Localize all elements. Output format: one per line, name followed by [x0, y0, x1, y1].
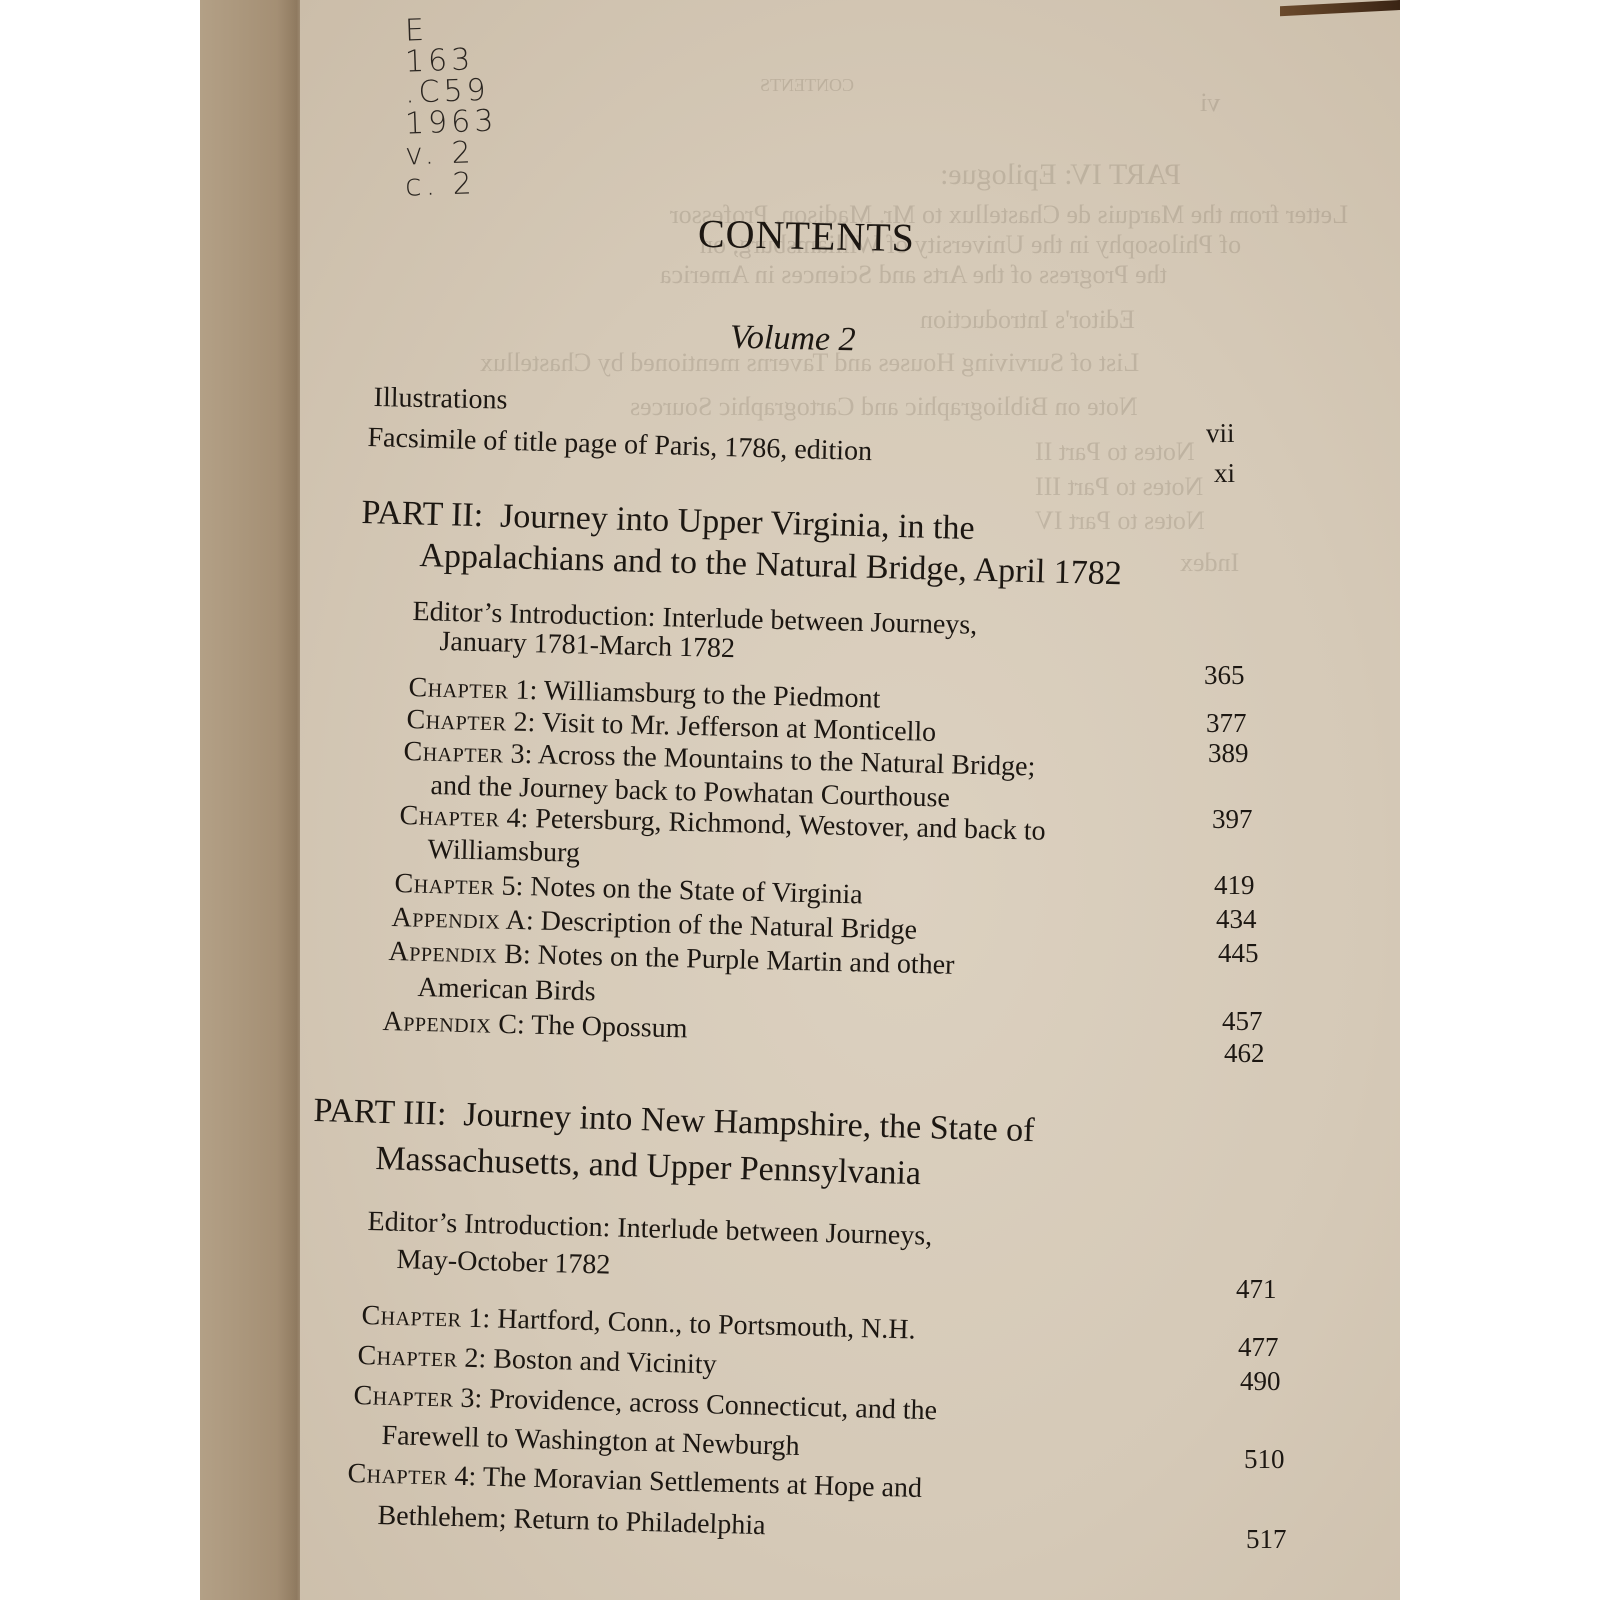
entry-prefix: Chapter: [353, 1380, 454, 1414]
entry-prefix: Chapter: [357, 1340, 458, 1374]
part-iii-title-cont: Massachusetts, and Upper Pennsylvania: [375, 1140, 922, 1193]
part-title-line: Journey into New Hampshire, the State of: [463, 1096, 1035, 1149]
entry-prefix: Appendix: [382, 1006, 491, 1040]
toc-entry-continuation: American Birds: [417, 972, 596, 1008]
entry-title: Providence, across Connecticut, and the: [489, 1384, 938, 1427]
toc-entry-continuation: Farewell to Washington at Newburgh: [381, 1420, 800, 1463]
entry-number: C:: [498, 1009, 525, 1041]
toc-entry-continuation: Bethlehem; Return to Philadelphia: [377, 1500, 766, 1542]
entry-title: Notes on the State of Virginia: [530, 871, 863, 910]
part-iii-editor-intro-cont: May-October 1782: [396, 1244, 611, 1282]
part-ii-editor-intro-cont: January 1781-March 1782: [439, 626, 735, 665]
toc-entry-chapter: Chapter 4: The Moravian Settlements at H…: [347, 1458, 922, 1505]
toc-page-number: 457: [1222, 1006, 1263, 1037]
table-of-contents: Illustrations Facsimile of title page of…: [0, 0, 1600, 1600]
part-label: PART II:: [361, 494, 484, 534]
entry-number: 3:: [510, 739, 533, 771]
entry-prefix: Appendix: [388, 936, 497, 970]
entry-prefix: Chapter: [361, 1300, 462, 1334]
entry-title: The Moravian Settlements at Hope and: [482, 1462, 922, 1504]
toc-page-number: 389: [1208, 738, 1249, 769]
entry-number: 2:: [464, 1343, 487, 1375]
entry-number: B:: [504, 939, 531, 971]
entry-title: Petersburg, Richmond, Westover, and back…: [535, 803, 1046, 846]
entry-number: 3:: [460, 1383, 483, 1415]
toc-page-number: 462: [1224, 1038, 1265, 1069]
toc-entry-facsimile: Facsimile of title page of Paris, 1786, …: [367, 422, 872, 468]
toc-page-number: 377: [1206, 708, 1247, 739]
part-title-line: Journey into Upper Virginia, in the: [500, 498, 975, 547]
entry-title: Boston and Vicinity: [493, 1344, 717, 1381]
entry-title: The Opossum: [531, 1010, 688, 1045]
toc-entry-chapter: Chapter 3: Providence, across Connecticu…: [353, 1380, 937, 1427]
entry-prefix: Appendix: [391, 902, 500, 936]
entry-prefix: Chapter: [399, 800, 500, 833]
entry-number: 1:: [515, 675, 538, 707]
toc-entry-appendix: Appendix C: The Opossum: [382, 1006, 688, 1045]
toc-page-number: 434: [1216, 904, 1257, 935]
toc-page-number: 490: [1240, 1366, 1281, 1397]
toc-page-number: 510: [1244, 1444, 1285, 1475]
toc-entry-chapter: Chapter 1: Hartford, Conn., to Portsmout…: [361, 1300, 916, 1346]
entry-title: Description of the Natural Bridge: [540, 906, 917, 946]
toc-entry-continuation: Williamsburg: [427, 834, 580, 870]
toc-page-number: 365: [1204, 660, 1245, 691]
entry-number: 5:: [501, 871, 524, 903]
toc-page-number: 477: [1238, 1332, 1279, 1363]
entry-number: 4:: [506, 803, 529, 835]
entry-number: 1:: [468, 1303, 491, 1335]
entry-prefix: Chapter: [408, 672, 509, 705]
entry-number: A:: [505, 905, 534, 937]
toc-entry-chapter: Chapter 2: Boston and Vicinity: [357, 1340, 717, 1381]
toc-page-number: vii: [1206, 418, 1235, 449]
toc-page-number: 471: [1236, 1274, 1277, 1305]
toc-page-number: 419: [1214, 870, 1255, 901]
toc-entry-illustrations: Illustrations: [373, 382, 507, 417]
entry-prefix: Chapter: [347, 1458, 448, 1492]
entry-title: Hartford, Conn., to Portsmouth, N.H.: [497, 1304, 916, 1346]
entry-number: 2:: [513, 707, 536, 739]
toc-page-number: 445: [1218, 938, 1259, 969]
toc-page-number: 517: [1246, 1524, 1287, 1555]
entry-prefix: Chapter: [394, 868, 495, 901]
toc-page-number: 397: [1212, 804, 1253, 835]
entry-prefix: Chapter: [403, 736, 504, 769]
part-ii-title-cont: Appalachians and to the Natural Bridge, …: [419, 537, 1122, 593]
entry-number: 4:: [454, 1461, 477, 1493]
part-label: PART III:: [313, 1092, 447, 1133]
toc-page-number: xi: [1214, 458, 1235, 489]
entry-prefix: Chapter: [406, 704, 507, 737]
